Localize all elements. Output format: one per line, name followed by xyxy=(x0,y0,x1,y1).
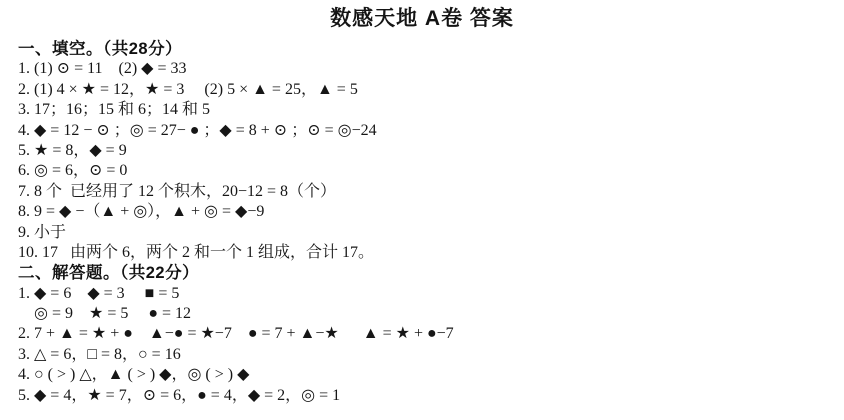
answer-line-1-1: 1. (1) ⊙ = 11 (2) ◆ = 33 xyxy=(18,59,844,79)
answer-line-2-4: 4. ○ ( > ) △，▲ ( > ) ◆，◎ ( > ) ◆ xyxy=(18,365,844,385)
answer-line-1-9: 9. 小于 xyxy=(18,223,844,243)
answer-line-2-1b: ◎ = 9 ★ = 5 ● = 12 xyxy=(18,304,844,324)
answer-line-2-5: 5. ◆ = 4，★ = 7，⊙ = 6，● = 4，◆ = 2，◎ = 1 xyxy=(18,386,844,406)
answer-line-2-3: 3. △ = 6，□ = 8，○ = 16 xyxy=(18,345,844,365)
section-2-heading: 二、解答题。（共22分） xyxy=(18,263,844,283)
page-title: 数感天地 A卷 答案 xyxy=(0,0,844,31)
answer-line-1-7: 7. 8 个 已经用了 12 个积木，20−12 = 8（个） xyxy=(18,182,844,202)
answer-line-1-5: 5. ★ = 8，◆ = 9 xyxy=(18,141,844,161)
answers-content: 一、填空。（共28分） 1. (1) ⊙ = 11 (2) ◆ = 33 2. … xyxy=(0,31,844,406)
answer-line-1-6: 6. ◎ = 6，⊙ = 0 xyxy=(18,161,844,181)
section-1-heading: 一、填空。（共28分） xyxy=(18,39,844,59)
answer-line-1-4: 4. ◆ = 12 − ⊙ ；◎ = 27− ● ；◆ = 8 + ⊙ ；⊙ =… xyxy=(18,121,844,141)
answer-line-1-10: 10. 17 由两个 6，两个 2 和一个 1 组成，合计 17。 xyxy=(18,243,844,263)
answer-line-2-2: 2. 7 + ▲ = ★ + ● ▲−● = ★−7 ● = 7 + ▲−★ ▲… xyxy=(18,324,844,344)
answer-sheet-page: 数感天地 A卷 答案 一、填空。（共28分） 1. (1) ⊙ = 11 (2)… xyxy=(0,0,844,420)
answer-line-2-1a: 1. ◆ = 6 ◆ = 3 ■ = 5 xyxy=(18,284,844,304)
answer-line-1-3: 3. 17；16；15 和 6；14 和 5 xyxy=(18,100,844,120)
answer-line-1-2: 2. (1) 4 × ★ = 12，★ = 3 (2) 5 × ▲ = 25，▲… xyxy=(18,80,844,100)
answer-line-1-8: 8. 9 = ◆ −（▲ + ◎），▲ + ◎ = ◆−9 xyxy=(18,202,844,222)
